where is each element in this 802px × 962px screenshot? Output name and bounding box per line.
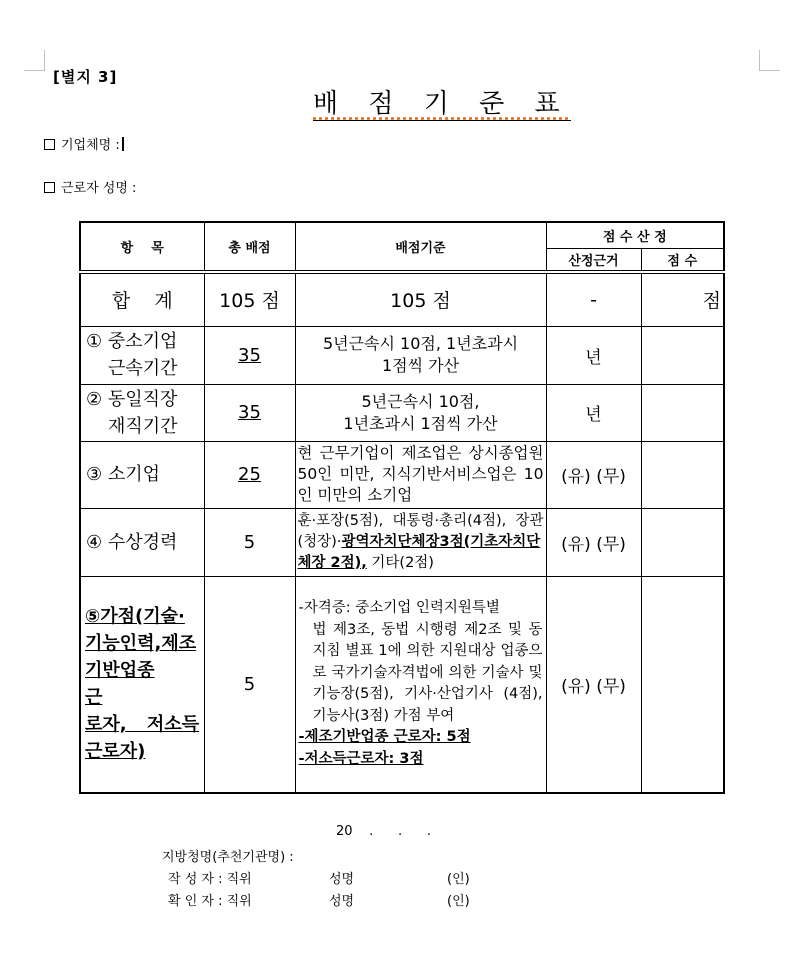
date-line[interactable]: 20 . . . — [336, 824, 431, 839]
table-row: ② 동일직장 재직기간 35 5년근속시 10점, 1년초과시 1점씩 가산 년 — [80, 384, 724, 441]
basis-yes-no[interactable]: (유) (무) — [546, 576, 641, 793]
writer-name-label: 성명 — [329, 868, 354, 887]
total-points: 35 — [204, 326, 295, 384]
score-cell[interactable] — [641, 576, 724, 793]
header-basis: 산정근거 — [546, 248, 641, 272]
sum-basis: - — [546, 272, 641, 326]
total-points: 25 — [204, 441, 295, 508]
page-corner-mark-right — [759, 50, 780, 71]
header-criteria: 배점기준 — [295, 222, 546, 272]
text-cursor — [122, 137, 124, 151]
basis-cell[interactable]: 년 — [546, 384, 641, 441]
sum-criteria: 105 점 — [295, 272, 546, 326]
table-row: ③ 소기업 25 현 근무기업이 제조업은 상시종업원 50인 미만, 지식기반… — [80, 441, 724, 508]
item-awards: ④ 수상경력 — [80, 508, 204, 576]
confirmer-role: 확 인 자 : 직위 — [168, 890, 252, 909]
total-points: 5 — [204, 508, 295, 576]
worker-name-field[interactable]: 근로자 성명 : — [44, 177, 136, 196]
checkbox-square-icon — [44, 139, 55, 150]
sum-item: 합 계 — [80, 272, 204, 326]
table-row: ① 중소기업 근속기간 35 5년근속시 10점, 1년초과시 1점씩 가산 년 — [80, 326, 724, 384]
total-points: 5 — [204, 576, 295, 793]
basis-cell[interactable]: 년 — [546, 326, 641, 384]
criteria: 현 근무기업이 제조업은 상시종업원 50인 미만, 지식기반서비스업은 10인… — [295, 441, 546, 508]
item-sme-tenure: ① 중소기업 근속기간 — [80, 326, 204, 384]
item-same-workplace: ② 동일직장 재직기간 — [80, 384, 204, 441]
score-cell[interactable] — [641, 508, 724, 576]
page-title: 배 점 기 준 표 — [313, 88, 571, 121]
criteria: -자격증: 중소기업 인력지원특별 법 제3조, 동법 시행령 제2조 및 동 … — [295, 576, 546, 793]
header-scoring: 점 수 산 정 — [546, 222, 724, 248]
writer-role: 작 성 자 : 직위 — [168, 868, 252, 887]
scoring-table: 항 목 총 배점 배점기준 점 수 산 정 산정근거 점 수 합 계 105 점… — [79, 221, 725, 794]
score-cell[interactable] — [641, 384, 724, 441]
item-bonus-points: ⑤가점(기술· 기능인력,제조 기반업종 근 로자, 저소득 근로자) — [80, 576, 204, 793]
company-name-field[interactable]: 기업체명 : — [44, 134, 124, 153]
criteria: 5년근속시 10점, 1년초과시 1점씩 가산 — [295, 326, 546, 384]
header-item: 항 목 — [80, 222, 204, 272]
item-small-business: ③ 소기업 — [80, 441, 204, 508]
confirmer-name-label: 성명 — [329, 890, 354, 909]
table-row: ⑤가점(기술· 기능인력,제조 기반업종 근 로자, 저소득 근로자) 5 -자… — [80, 576, 724, 793]
basis-yes-no[interactable]: (유) (무) — [546, 441, 641, 508]
sum-total: 105 점 — [204, 272, 295, 326]
sum-row: 합 계 105 점 105 점 - 점 — [80, 272, 724, 326]
header-score: 점 수 — [641, 248, 724, 272]
header-total: 총 배점 — [204, 222, 295, 272]
sum-score[interactable]: 점 — [641, 272, 724, 326]
table-row: ④ 수상경력 5 훈·포장(5점), 대통령·총리(4점), 장관(청장)·광역… — [80, 508, 724, 576]
score-cell[interactable] — [641, 326, 724, 384]
company-name-label: 기업체명 : — [61, 138, 120, 153]
basis-yes-no[interactable]: (유) (무) — [546, 508, 641, 576]
total-points: 35 — [204, 384, 295, 441]
confirmer-seal: (인) — [447, 890, 470, 909]
annex-label: [별지 3] — [53, 66, 117, 87]
agency-label: 지방청명(추천기관명) : — [162, 846, 294, 865]
checkbox-square-icon — [44, 182, 55, 193]
page-corner-mark-left — [24, 50, 45, 71]
criteria: 훈·포장(5점), 대통령·총리(4점), 장관(청장)·광역자치단체장3점(기… — [295, 508, 546, 576]
worker-name-label: 근로자 성명 : — [61, 181, 136, 196]
criteria: 5년근속시 10점, 1년초과시 1점씩 가산 — [295, 384, 546, 441]
score-cell[interactable] — [641, 441, 724, 508]
writer-seal: (인) — [447, 868, 470, 887]
